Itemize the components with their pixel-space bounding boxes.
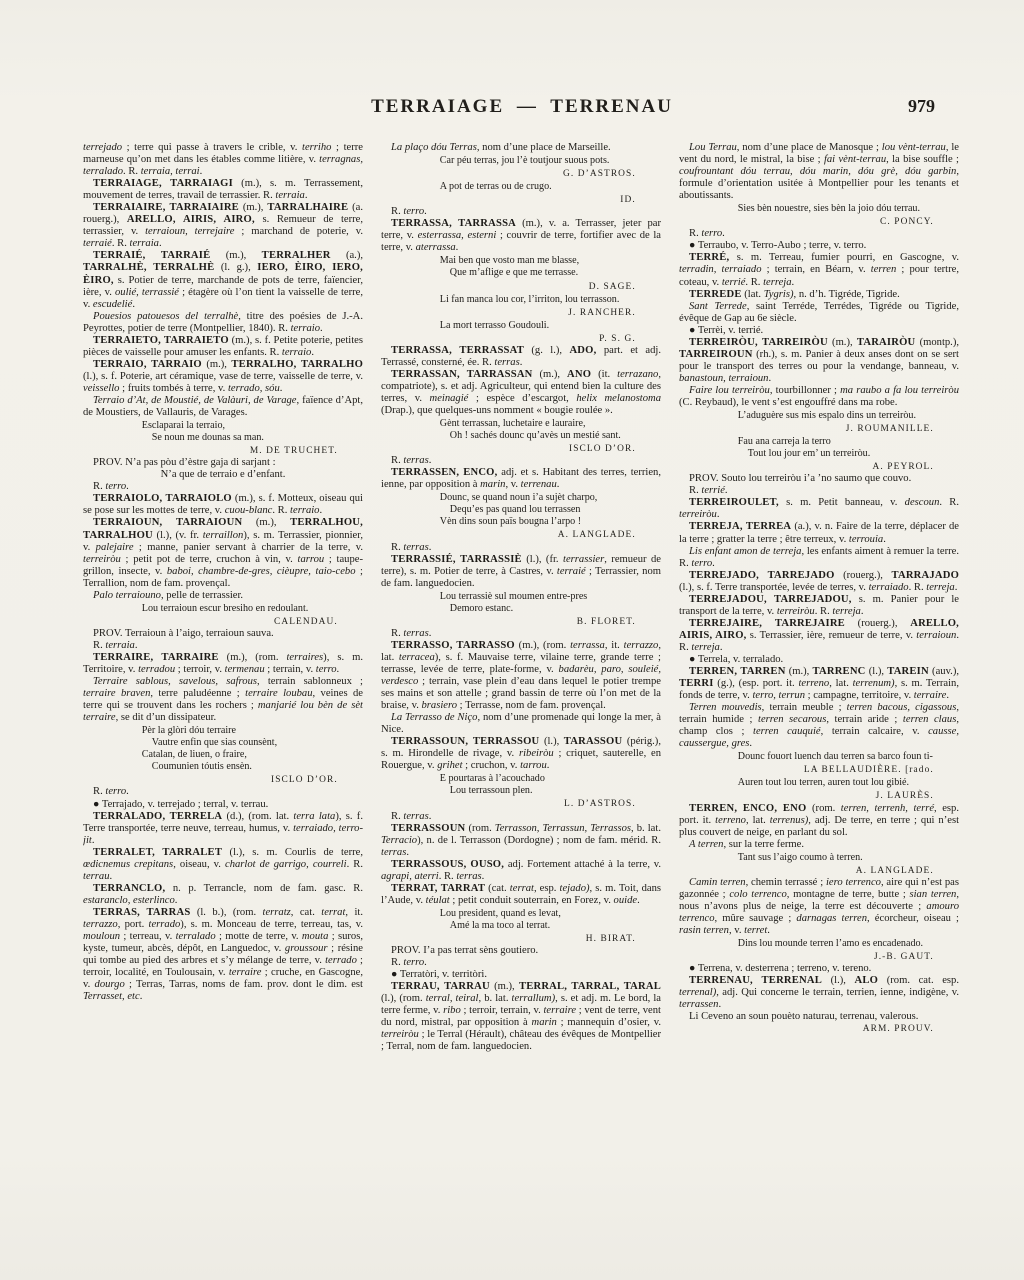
attribution: ARM. PROUV.	[679, 1023, 959, 1035]
verse-line: Dounc, se quand noun i’a sujèt charpo,	[440, 492, 661, 504]
verse-line: Car péu terras, jou l’è toutjour suous p…	[440, 155, 661, 167]
paragraph: Lou Terrau, nom d’une place de Manosque …	[679, 142, 959, 202]
paragraph: TERRANCLO, n. p. Terrancle, nom de fam. …	[83, 883, 363, 907]
verse-line: Vèn dins soun païs bougna l’arpo !	[440, 516, 661, 528]
verse-line: A pot de terras ou de crugo.	[440, 181, 661, 193]
paragraph: TERRASSO, TARRASSO (m.), (rom. terrassa,…	[381, 640, 661, 712]
verse-line: Li fan manca lou cor, l’irriton, lou ter…	[440, 294, 661, 306]
paragraph: TERREIRÒU, TARREIRÒU (m.), TARAIRÒU (mon…	[679, 337, 959, 385]
verse-line: La mort terrasso Goudouli.	[440, 320, 661, 332]
centered-line: N’a que de terraio e d’enfant.	[83, 469, 363, 481]
paragraph: ● Terrajado, v. terrejado ; terral, v. t…	[83, 799, 363, 811]
verse-quote: Dounc fouort luench dau terren sa barco …	[738, 751, 959, 763]
verse-quote: Li fan manca lou cor, l’irriton, lou ter…	[440, 294, 661, 306]
paragraph: TERRAIOUN, TARRAIOUN (m.), TERRALHOU, TA…	[83, 517, 363, 589]
page-number: 979	[908, 96, 935, 117]
verse-quote: Pèr la glòri dóu terraireVautre enfin qu…	[142, 725, 363, 773]
attribution: B. FLORET.	[381, 616, 661, 628]
attribution: L. D’ASTROS.	[381, 798, 661, 810]
verse-quote: Gènt terrassan, luchetaire e lauraire,Oh…	[440, 418, 661, 442]
paragraph: TERRASSA, TARRASSA (m.), v. a. Terrasser…	[381, 218, 661, 254]
verse-line: Demoro estanc.	[440, 603, 661, 615]
column-1: terrejado ; terre qui passe à travers le…	[83, 142, 363, 1260]
verse-line: Fau ana carreja la terro	[738, 436, 959, 448]
text-columns: terrejado ; terre qui passe à travers le…	[83, 142, 961, 1260]
paragraph: Sant Terrede, saint Terréde, Terrédes, T…	[679, 301, 959, 325]
paragraph: TERREN, ENCO, ENO (rom. terren, terrenh,…	[679, 803, 959, 839]
paragraph: TERRASSOUS, OUSO, adj. Fortement attaché…	[381, 859, 661, 883]
verse-line: Gènt terrassan, luchetaire e lauraire,	[440, 418, 661, 430]
paragraph: TERREJA, TERREA (a.), v. n. Faire de la …	[679, 521, 959, 545]
attribution: ISCLO D’OR.	[83, 774, 363, 786]
attribution: J. LAURÈS.	[679, 790, 959, 802]
paragraph: R. terras.	[381, 542, 661, 554]
verse-quote: Fau ana carreja la terroTout lou jour em…	[738, 436, 959, 460]
running-head: TERRAIAGE — TERRENAU	[83, 96, 961, 118]
verse-line: Oh ! sachés dounc qu’avès un mestié sant…	[440, 430, 661, 442]
paragraph: Terren mouvedis, terrain meuble ; terren…	[679, 702, 959, 750]
paragraph: TERRAIAGE, TARRAIAGI (m.), s. m. Terrass…	[83, 178, 363, 202]
paragraph: Terraire sablous, savelous, safrous, ter…	[83, 676, 363, 724]
paragraph: R. terras.	[381, 628, 661, 640]
attribution: M. DE TRUCHET.	[83, 445, 363, 457]
attribution: ISCLO D’OR.	[381, 443, 661, 455]
paragraph: TERRALET, TARRALET (l.), s. m. Courlis d…	[83, 847, 363, 883]
paragraph: Faire lou terreiròu, tourbillonner ; ma …	[679, 385, 959, 409]
verse-line: Dounc fouort luench dau terren sa barco …	[738, 751, 959, 763]
paragraph: TERRAU, TARRAU (m.), TERRAL, TARRAL, TAR…	[381, 981, 661, 1053]
verse-quote: Auren tout lou terren, auren tout lou gi…	[738, 777, 959, 789]
paragraph: R. terras.	[381, 455, 661, 467]
paragraph: Li Ceveno an soun pouèto naturau, terren…	[679, 1011, 959, 1023]
paragraph: TERRASSOUN, TERRASSOU (l.), TARASSOU (pé…	[381, 736, 661, 772]
paragraph: R. terras.	[381, 811, 661, 823]
paragraph: TERREN, TARREN (m.), TARRENC (l.), TAREI…	[679, 666, 959, 702]
paragraph: TERRAS, TARRAS (l. b.), (rom. terratz, c…	[83, 907, 363, 1003]
paragraph: TERREIROULET, s. m. Petit banneau, v. de…	[679, 497, 959, 521]
paragraph: PROV. Terraioun à l’aigo, terraioun sauv…	[83, 628, 363, 640]
paragraph: ● Terrena, v. desterrena ; terreno, v. t…	[679, 963, 959, 975]
attribution: CALENDAU.	[83, 616, 363, 628]
paragraph: PROV. N’a pas pòu d’èstre gaja di sarjan…	[83, 457, 363, 469]
paragraph: TERREJADOU, TARREJADOU, s. m. Panier pou…	[679, 594, 959, 618]
paragraph: TERRASSAN, TARRASSAN (m.), ANO (it. terr…	[381, 369, 661, 417]
verse-line: Tout lou jour em’ un terreiròu.	[738, 448, 959, 460]
attribution: D. SAGE.	[381, 281, 661, 293]
continuation-paragraph: terrejado ; terre qui passe à travers le…	[83, 142, 363, 178]
paragraph: PROV. I’a pas terrat sèns goutiero.	[381, 945, 661, 957]
paragraph: TERRASSIÉ, TARRASSIÈ (l.), (fr. terrassi…	[381, 554, 661, 590]
paragraph: TERRAIAIRE, TARRAIAIRE (m.), TARRALHAIRE…	[83, 202, 363, 250]
paragraph: R. terro.	[381, 206, 661, 218]
paragraph: Camin terren, chemin terrassé ; iero ter…	[679, 877, 959, 937]
paragraph: PROV. Souto lou terreiròu i’a ’no saumo …	[679, 473, 959, 485]
verse-line: E pourtaras à l’acouchado	[440, 773, 661, 785]
paragraph: TERREJAIRE, TARREJAIRE (rouerg.), ARELLO…	[679, 618, 959, 654]
verse-line: Vautre enfin que sias counsènt,	[142, 737, 363, 749]
attribution: P. S. G.	[381, 333, 661, 345]
paragraph: TERRAIOLO, TARRAIOLO (m.), s. f. Motteux…	[83, 493, 363, 517]
verse-quote: Lou president, quand es levat,Amé la ma …	[440, 908, 661, 932]
paragraph: R. terro.	[381, 957, 661, 969]
verse-quote: L’aduguère sus mis espalo dins un terrei…	[738, 410, 959, 422]
verse-quote: Mai ben que vosto man me blasse,Que m’af…	[440, 255, 661, 279]
paragraph: TERRENAU, TERRENAL (l.), ALO (rom. cat. …	[679, 975, 959, 1011]
verse-quote: Esclaparai la terraio,Se noun me dounas …	[142, 420, 363, 444]
verse-quote: Dins lou mounde terren l’amo es encadena…	[738, 938, 959, 950]
verse-quote: Dounc, se quand noun i’a sujèt charpo,De…	[440, 492, 661, 528]
paragraph: TERRASSEN, ENCO, adj. et s. Habitant des…	[381, 467, 661, 491]
verse-line: Lou terraioun escur bresiho en redoulant…	[142, 603, 363, 615]
attribution: ID.	[381, 194, 661, 206]
verse-line: Dequ’es pas quand lou terrassen	[440, 504, 661, 516]
paragraph: TERRÉ, s. m. Terreau, fumier pourri, en …	[679, 252, 959, 288]
verse-line: Lou president, quand es levat,	[440, 908, 661, 920]
attribution: A. LANGLADE.	[381, 529, 661, 541]
paragraph: TERRAIETO, TARRAIETO (m.), s. f. Petite …	[83, 335, 363, 359]
paragraph: TERRAIRE, TARRAIRE (m.), (rom. terraires…	[83, 652, 363, 676]
paragraph: TERREDE (lat. Tygris), n. d’h. Tigréde, …	[679, 289, 959, 301]
verse-line: Lou terrassoun plen.	[440, 785, 661, 797]
paragraph: TERRAIÉ, TARRAIÉ (m.), TERRALHER (a.), T…	[83, 250, 363, 310]
paragraph: Lis enfant amon de terreja, les enfants …	[679, 546, 959, 570]
paragraph: Palo terraiouno, pelle de terrassier.	[83, 590, 363, 602]
paragraph: TERRASSA, TERRASSAT (g. l.), ADO, part. …	[381, 345, 661, 369]
verse-line: Mai ben que vosto man me blasse,	[440, 255, 661, 267]
verse-quote: A pot de terras ou de crugo.	[440, 181, 661, 193]
attribution: J.-B. GAUT.	[679, 951, 959, 963]
page-header: TERRAIAGE — TERRENAU 979	[83, 96, 961, 142]
paragraph: TERRALADO, TERRELA (d.), (rom. lat. terr…	[83, 811, 363, 847]
paragraph: TERRASSOUN (rom. Terrasson, Terrassun, T…	[381, 823, 661, 859]
column-2: La plaço dóu Terras, nom d’une place de …	[381, 142, 661, 1260]
verse-line: Esclaparai la terraio,	[142, 420, 363, 432]
attribution: C. PONCY.	[679, 216, 959, 228]
paragraph: Pouesios patouesos del terralhè, titre d…	[83, 311, 363, 335]
verse-quote: Lou terrassiè sul moumen entre-presDemor…	[440, 591, 661, 615]
verse-quote: Lou terraioun escur bresiho en redoulant…	[142, 603, 363, 615]
verse-line: Auren tout lou terren, auren tout lou gi…	[738, 777, 959, 789]
verse-line: Amé la ma toco al terrat.	[440, 920, 661, 932]
paragraph: TERRAT, TARRAT (cat. terrat, esp. tejado…	[381, 883, 661, 907]
verse-line: Tant sus l’aigo coumo à terren.	[738, 852, 959, 864]
paragraph: ● Terraubo, v. Terro-Aubo ; terre, v. te…	[679, 240, 959, 252]
verse-quote: Tant sus l’aigo coumo à terren.	[738, 852, 959, 864]
paragraph: A terren, sur la terre ferme.	[679, 839, 959, 851]
verse-quote: Car péu terras, jou l’è toutjour suous p…	[440, 155, 661, 167]
paragraph: R. terraia.	[83, 640, 363, 652]
verse-line: Sies bèn nouestre, sies bèn la joio dóu …	[738, 203, 959, 215]
verse-line: Dins lou mounde terren l’amo es encadena…	[738, 938, 959, 950]
verse-line: Lou terrassiè sul moumen entre-pres	[440, 591, 661, 603]
attribution: A. LANGLADE.	[679, 865, 959, 877]
attribution: LA BELLAUDIÈRE. [rado.	[679, 764, 959, 776]
attribution: H. BIRAT.	[381, 933, 661, 945]
attribution: J. RANCHER.	[381, 307, 661, 319]
paragraph: ● Terrela, v. terralado.	[679, 654, 959, 666]
attribution: A. PEYROL.	[679, 461, 959, 473]
paragraph: La plaço dóu Terras, nom d’une place de …	[381, 142, 661, 154]
verse-line: Coumunien tóutis ensèn.	[142, 761, 363, 773]
verse-quote: E pourtaras à l’acouchadoLou terrassoun …	[440, 773, 661, 797]
verse-line: Pèr la glòri dóu terraire	[142, 725, 363, 737]
verse-quote: La mort terrasso Goudouli.	[440, 320, 661, 332]
paragraph: R. terrié.	[679, 485, 959, 497]
paragraph: TERRAIO, TARRAIO (m.), TERRALHO, TARRALH…	[83, 359, 363, 395]
column-3: Lou Terrau, nom d’une place de Manosque …	[679, 142, 959, 1260]
verse-line: L’aduguère sus mis espalo dins un terrei…	[738, 410, 959, 422]
verse-line: Se noun me dounas sa man.	[142, 432, 363, 444]
paragraph: ● Terratòri, v. territòri.	[381, 969, 661, 981]
paragraph: TERREJADO, TARREJADO (rouerg.), TARRAJAD…	[679, 570, 959, 594]
dictionary-page: TERRAIAGE — TERRENAU 979 terrejado ; ter…	[83, 0, 961, 1260]
verse-line: Catalan, de liuen, o fraire,	[142, 749, 363, 761]
attribution: G. D’ASTROS.	[381, 168, 661, 180]
paragraph: R. terro.	[83, 481, 363, 493]
paragraph: R. terro.	[679, 228, 959, 240]
verse-quote: Sies bèn nouestre, sies bèn la joio dóu …	[738, 203, 959, 215]
paragraph: R. terro.	[83, 786, 363, 798]
paragraph: La Terrasso de Niço, nom d’une promenade…	[381, 712, 661, 736]
paragraph: Terraio d’At, de Moustié, de Valàuri, de…	[83, 395, 363, 419]
paragraph: ● Terrèi, v. terrié.	[679, 325, 959, 337]
verse-line: Que m’aflige e que me terrasse.	[440, 267, 661, 279]
attribution: J. ROUMANILLE.	[679, 423, 959, 435]
